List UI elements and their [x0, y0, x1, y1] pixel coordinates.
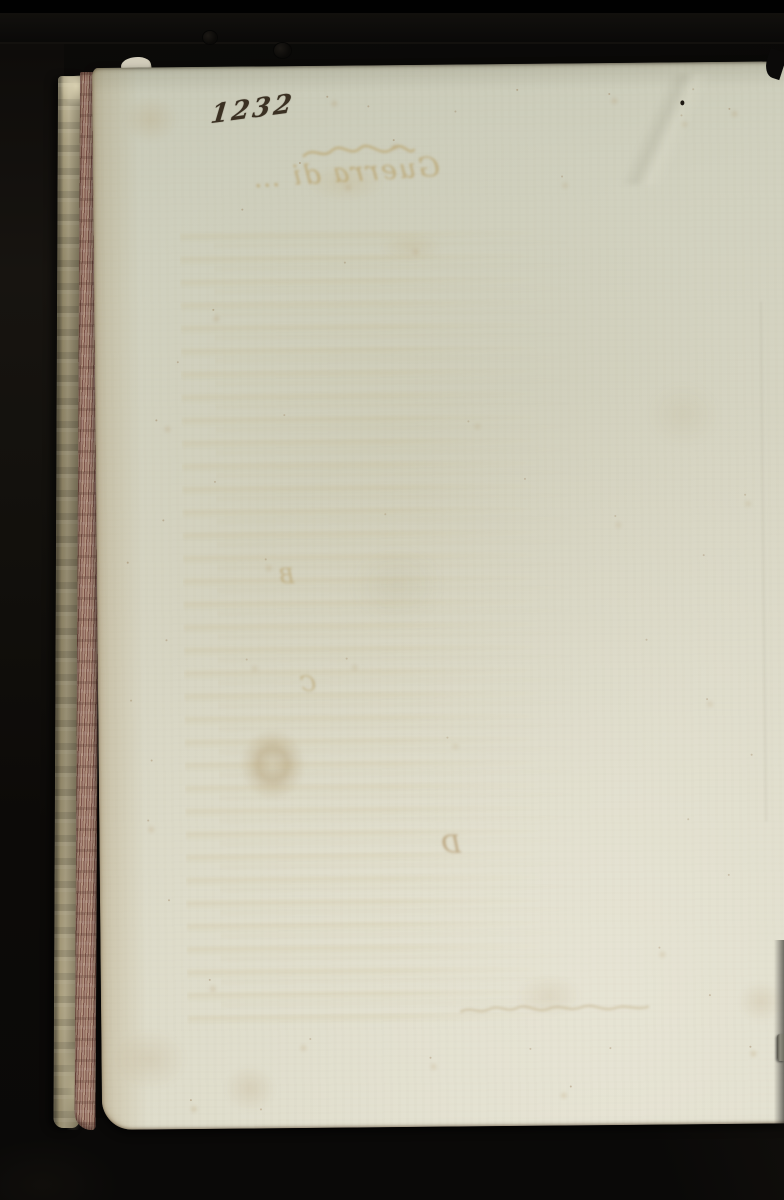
show-through-text-lines-secondary	[214, 231, 613, 1015]
show-through-footer-line	[457, 1001, 652, 1019]
holding-clip	[777, 1034, 784, 1061]
show-through-letter: B	[279, 564, 295, 588]
show-through-letter: D	[441, 830, 461, 858]
ink-speck	[680, 100, 684, 105]
backdrop-top-strip	[0, 0, 784, 13]
diagonal-crease	[532, 73, 784, 185]
screw-head-icon	[203, 31, 217, 44]
backdrop-bottom-left-glow	[0, 1125, 140, 1200]
screw-head-icon	[274, 43, 291, 58]
backdrop-bottom-sheen	[560, 1122, 784, 1200]
manuscript-page: Guerra di … B C D 1232	[92, 61, 784, 1130]
backdrop-top-band	[0, 13, 784, 42]
show-through-letter: C	[300, 672, 316, 696]
photograph: Guerra di … B C D 1232	[0, 0, 784, 1200]
